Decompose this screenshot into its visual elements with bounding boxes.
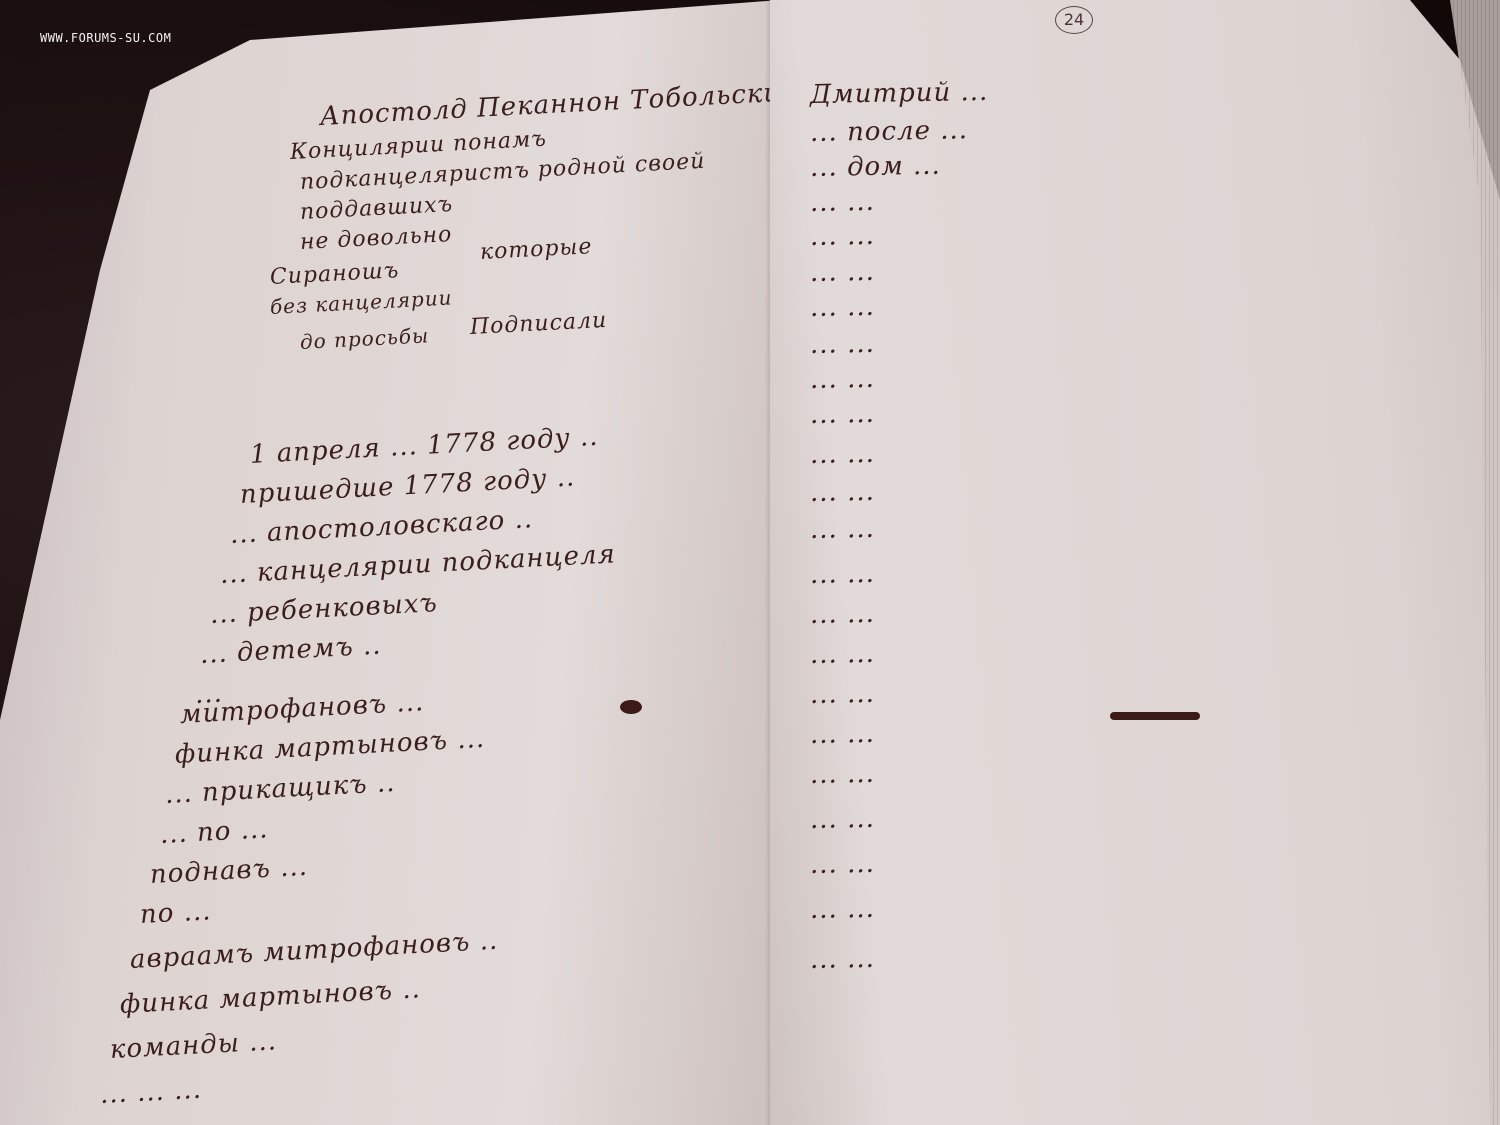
watermark-text: WWW.FORUMS-SU.COM [40,31,171,45]
right-manuscript-page: Дмитрий ... ... после ... ... дом ... ..… [770,0,1500,1125]
handwritten-line: до просьбы [299,323,429,354]
handwritten-line: ... ... [810,559,875,590]
handwritten-line: Сираношъ [269,258,400,290]
handwritten-line: ... ... [810,719,875,750]
handwritten-line: ... после ... [810,115,969,148]
handwritten-line: команды ... [109,1026,277,1065]
ink-strikethrough [1110,712,1200,720]
handwritten-line: авраамъ митрофановъ .. [129,926,499,975]
handwritten-line: ... ... [810,439,875,470]
handwritten-line: ... ребенковыхъ [209,588,438,630]
handwritten-line: Апостолд Пеканнон Тобольских [319,77,790,132]
handwritten-line: ... ... [810,759,875,790]
handwritten-line: поддавшихъ [299,192,453,225]
handwritten-line: ... ... [810,679,875,710]
handwritten-line: ... ... [810,187,875,218]
handwritten-line: поднавъ ... [149,852,308,890]
handwritten-line: ... ... [810,257,875,288]
handwritten-line: ... ... [810,849,875,880]
handwritten-line: ... дом ... [810,151,941,183]
handwritten-line: без канцелярии [269,285,453,319]
handwritten-line: ... ... [810,477,875,508]
folio-number: 24 [1055,6,1093,34]
ink-blot [620,700,642,714]
handwritten-line: ... ... [810,804,875,835]
handwritten-line: финка мартыновъ ... [174,724,486,770]
handwritten-line: ... ... [810,221,875,252]
handwritten-line: ... ... [810,292,875,323]
handwritten-line: пришедше 1778 году .. [239,462,576,510]
handwritten-line: ... ... [810,364,875,395]
handwritten-line: которые [479,234,593,265]
handwritten-line: по ... [139,896,212,930]
handwritten-line: ... ... [810,514,875,545]
handwritten-line: ... прикащикъ .. [164,768,396,810]
handwritten-line: не довольно [299,222,453,255]
handwritten-line: ... по ... [159,814,269,850]
handwritten-line: Подписали [469,308,607,340]
handwritten-line: ... ... [810,944,875,975]
handwritten-line: ... ... [810,399,875,430]
handwritten-line: ... ... [810,599,875,630]
handwritten-line: ... ... [810,329,875,360]
handwritten-line: ... детемъ .. [199,631,382,670]
handwritten-line: финка мартыновъ .. [119,974,421,1020]
handwritten-line: 1 апреля ... 1778 году .. [249,422,599,470]
handwritten-line: ... ... [810,894,875,925]
handwritten-line: ... ... [810,639,875,670]
handwritten-line: ... апостоловскаго .. [229,504,533,550]
handwritten-line: ... ... ... [99,1075,202,1110]
handwritten-line: Дмитрий ... [810,77,989,110]
